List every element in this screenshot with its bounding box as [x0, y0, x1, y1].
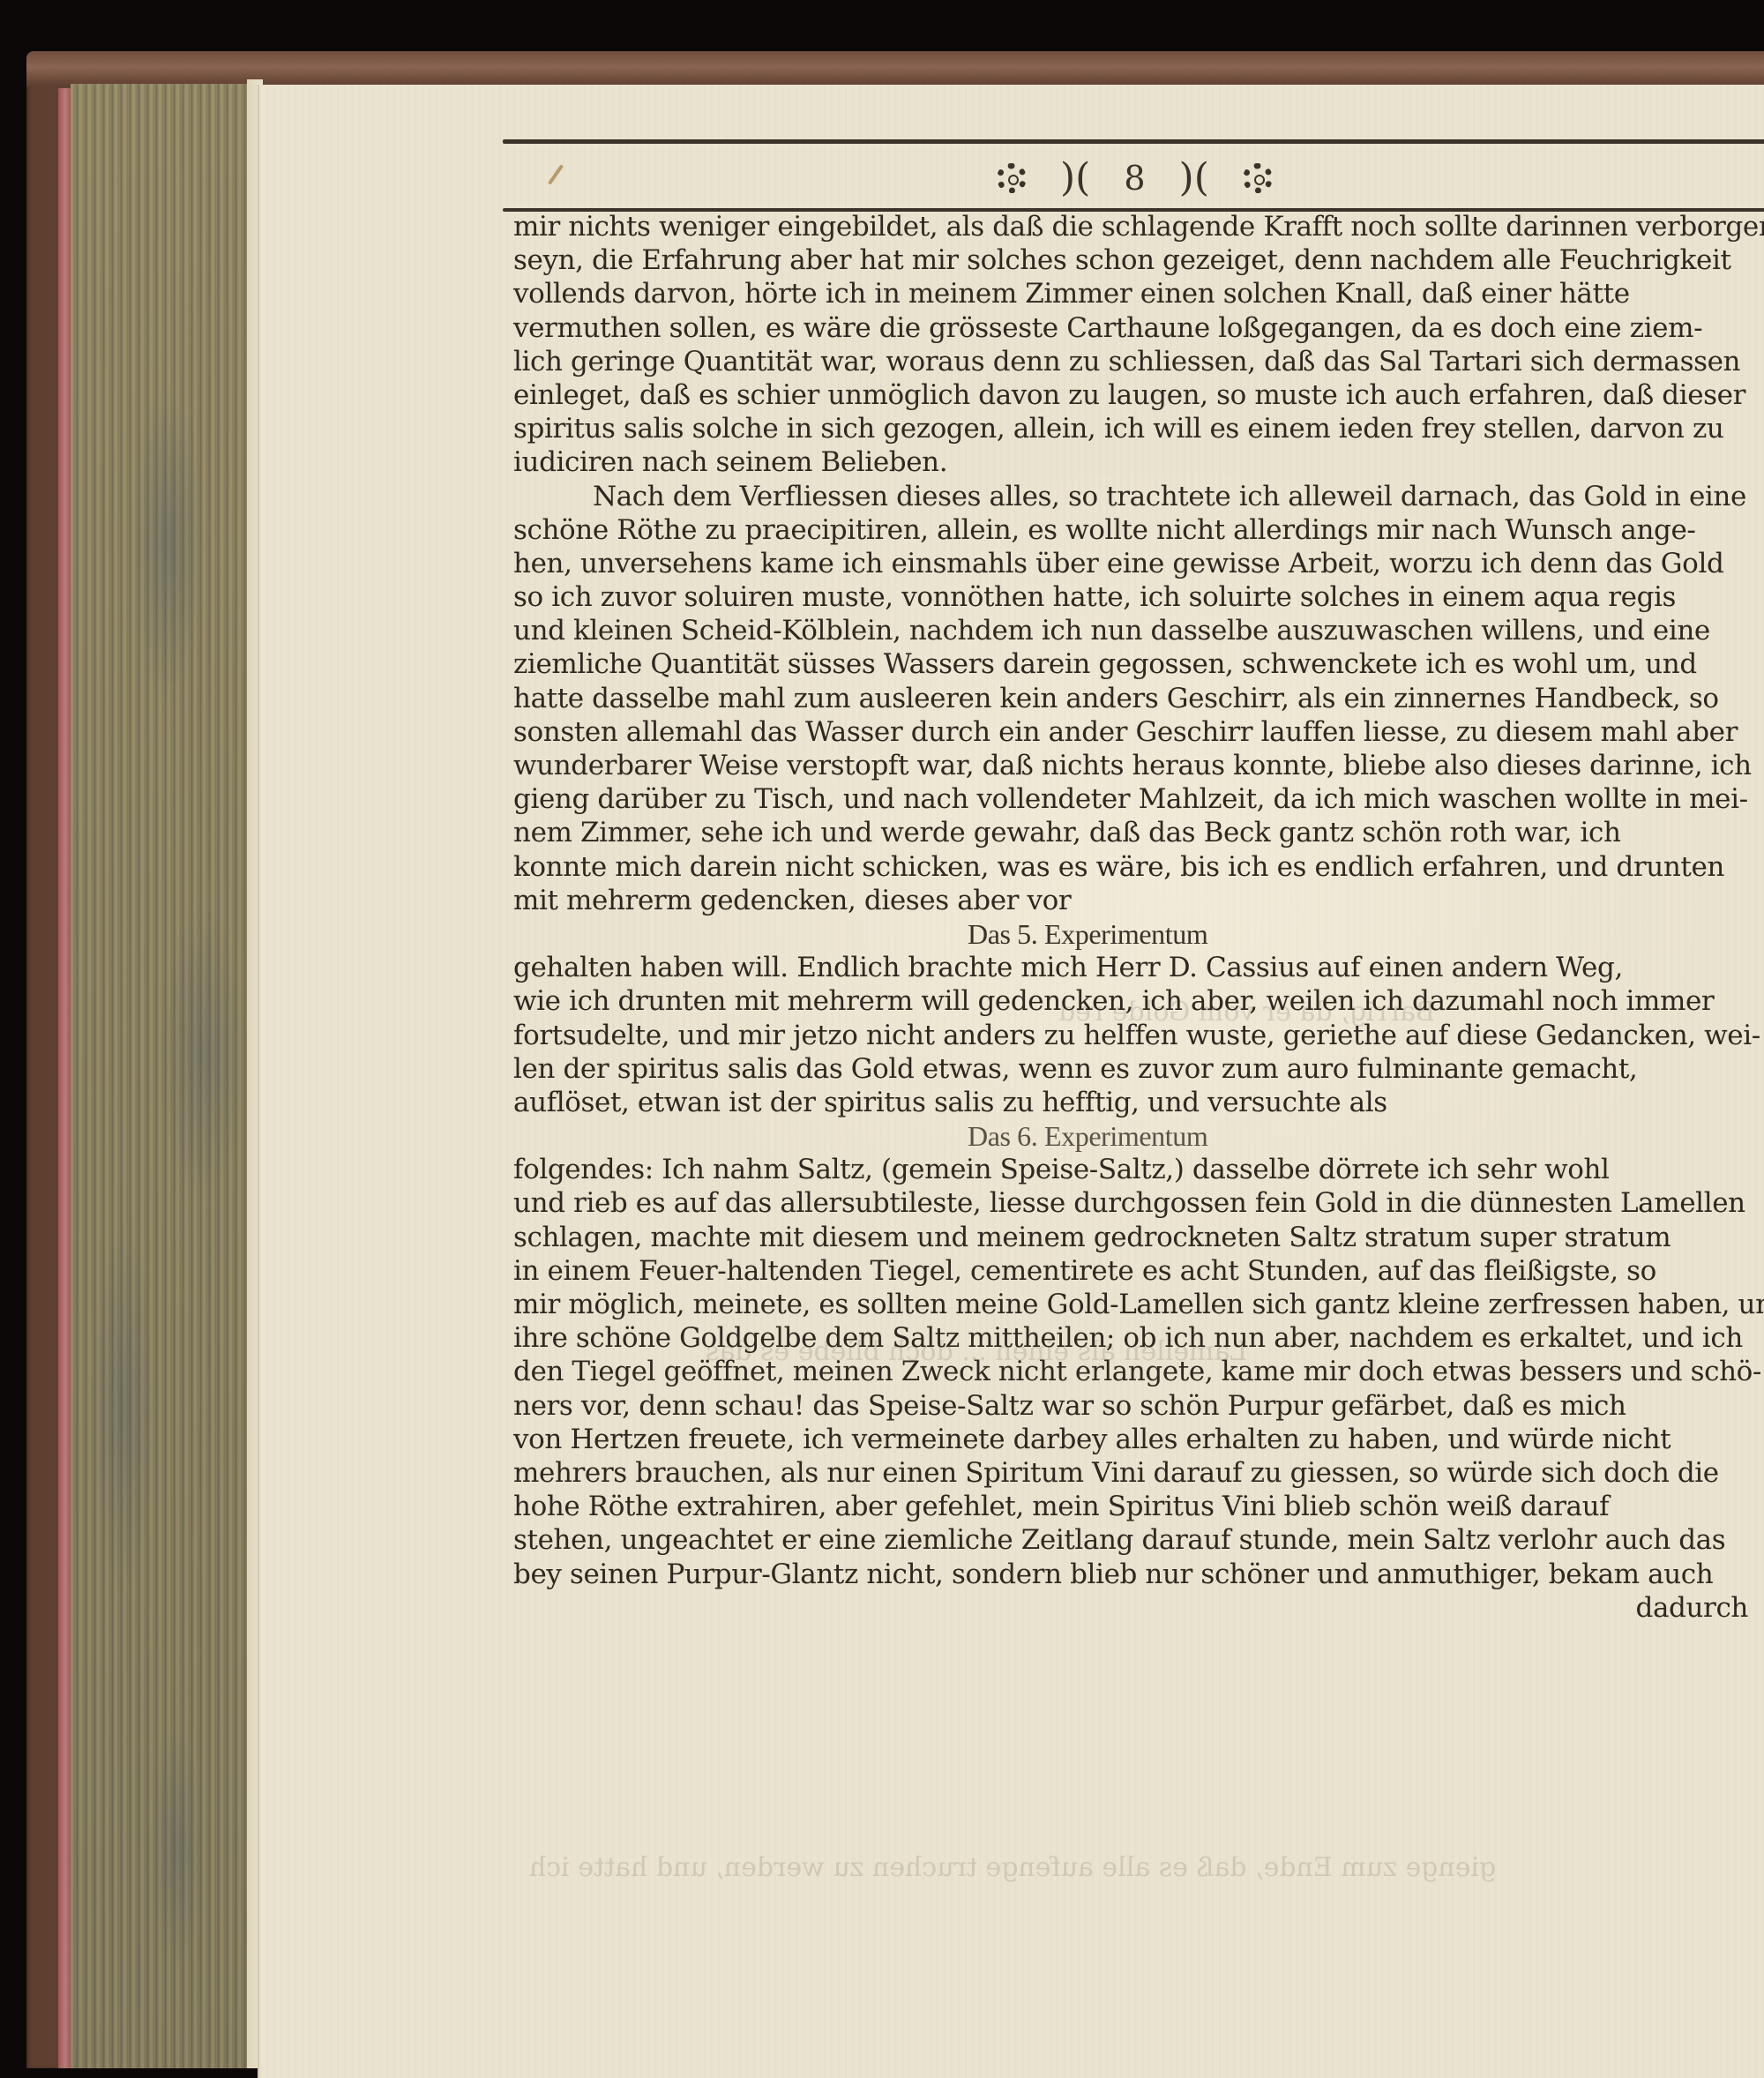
- text-line: seyn, die Erfahrung aber hat mir solches…: [513, 243, 1764, 277]
- text-line: ners vor, denn schau! das Speise-Saltz w…: [513, 1389, 1764, 1423]
- book-scan: )( 8 )( Barrig, da er vom Golde red Lame…: [0, 0, 1764, 2068]
- text-line: vollends darvon, hörte ich in meinem Zim…: [513, 277, 1764, 310]
- page-block-fore-edge: [71, 84, 247, 2068]
- page-text-body: mir nichts weniger eingebildet, als daß …: [513, 210, 1764, 1625]
- text-line: bey seinen Purpur-Glantz nicht, sondern …: [513, 1558, 1764, 1591]
- text-line: folgendes: Ich nahm Saltz, (gemein Speis…: [513, 1153, 1764, 1186]
- top-rule: [503, 139, 1764, 144]
- text-line: schöne Röthe zu praecipitiren, allein, e…: [513, 513, 1764, 547]
- header-bracket-left: )(: [1060, 159, 1090, 198]
- rosette-ornament-icon: [1243, 163, 1273, 193]
- text-line: lich geringe Quantität war, woraus denn …: [513, 345, 1764, 378]
- text-line: auflöset, etwan ist der spiritus salis z…: [513, 1086, 1764, 1119]
- text-line: schlagen, machte mit diesem und meinem g…: [513, 1221, 1764, 1254]
- text-line: konnte mich darein nicht schicken, was e…: [513, 850, 1764, 884]
- binding-top-edge: [26, 51, 1764, 86]
- text-line: hohe Röthe extrahiren, aber gefehlet, me…: [513, 1490, 1764, 1523]
- text-line: und rieb es auf das allersubtileste, lie…: [513, 1186, 1764, 1220]
- text-line: den Tiegel geöffnet, meinen Zweck nicht …: [513, 1355, 1764, 1388]
- header-bracket-right: )(: [1179, 159, 1209, 198]
- text-line: mir nichts weniger eingebildet, als daß …: [513, 210, 1764, 243]
- text-line: vermuthen sollen, es wäre die grösseste …: [513, 311, 1764, 345]
- text-line: ziemliche Quantität süsses Wassers darei…: [513, 647, 1764, 681]
- text-line: in einem Feuer-haltenden Tiegel, cementi…: [513, 1254, 1764, 1288]
- page-number: 8: [1124, 161, 1145, 195]
- text-line: hen, unversehens kame ich einsmahls über…: [513, 547, 1764, 580]
- header-ornament-line: )( 8 )(: [997, 159, 1273, 198]
- text-line: sonsten allemahl das Wasser durch ein an…: [513, 715, 1764, 749]
- text-line: len der spiritus salis das Gold etwas, w…: [513, 1052, 1764, 1086]
- text-line: so ich zuvor soluiren muste, vonnöthen h…: [513, 580, 1764, 614]
- text-line: ihre schöne Goldgelbe dem Saltz mittheil…: [513, 1321, 1764, 1355]
- text-line: wie ich drunten mit mehrerm will gedenck…: [513, 984, 1764, 1018]
- catchword: dadurch: [513, 1591, 1764, 1625]
- rosette-ornament-icon: [997, 163, 1027, 193]
- text-line: mit mehrerm gedencken, dieses aber vor: [513, 884, 1764, 917]
- section-heading-experiment-5: Das 5. Experimentum: [513, 917, 1764, 951]
- text-line: hatte dasselbe mahl zum ausleeren kein a…: [513, 682, 1764, 715]
- text-line: stehen, ungeachtet er eine ziemliche Zei…: [513, 1523, 1764, 1557]
- text-line: und kleinen Scheid-Kölblein, nachdem ich…: [513, 614, 1764, 647]
- text-line: mehrers brauchen, als nur einen Spiritum…: [513, 1456, 1764, 1490]
- text-line: nem Zimmer, sehe ich und werde gewahr, d…: [513, 816, 1764, 849]
- text-line: gieng darüber zu Tisch, und nach vollend…: [513, 782, 1764, 816]
- text-line: gehalten haben will. Endlich brachte mic…: [513, 951, 1764, 984]
- text-line: mir möglich, meinete, es sollten meine G…: [513, 1288, 1764, 1321]
- text-line: von Hertzen freuete, ich vermeinete darb…: [513, 1423, 1764, 1456]
- text-line: fortsudelte, und mir jetzo nicht anders …: [513, 1019, 1764, 1052]
- section-heading-experiment-6: Das 6. Experimentum: [513, 1119, 1764, 1153]
- paragraph-start-line: Nach dem Verfliessen dieses alles, so tr…: [513, 480, 1764, 513]
- text-line: iudiciren nach seinem Belieben.: [513, 445, 1764, 479]
- text-line: spiritus salis solche in sich gezogen, a…: [513, 412, 1764, 445]
- text-line: einleget, daß es schier unmöglich davon …: [513, 378, 1764, 412]
- text-line: wunderbarer Weise verstopft war, daß nic…: [513, 749, 1764, 782]
